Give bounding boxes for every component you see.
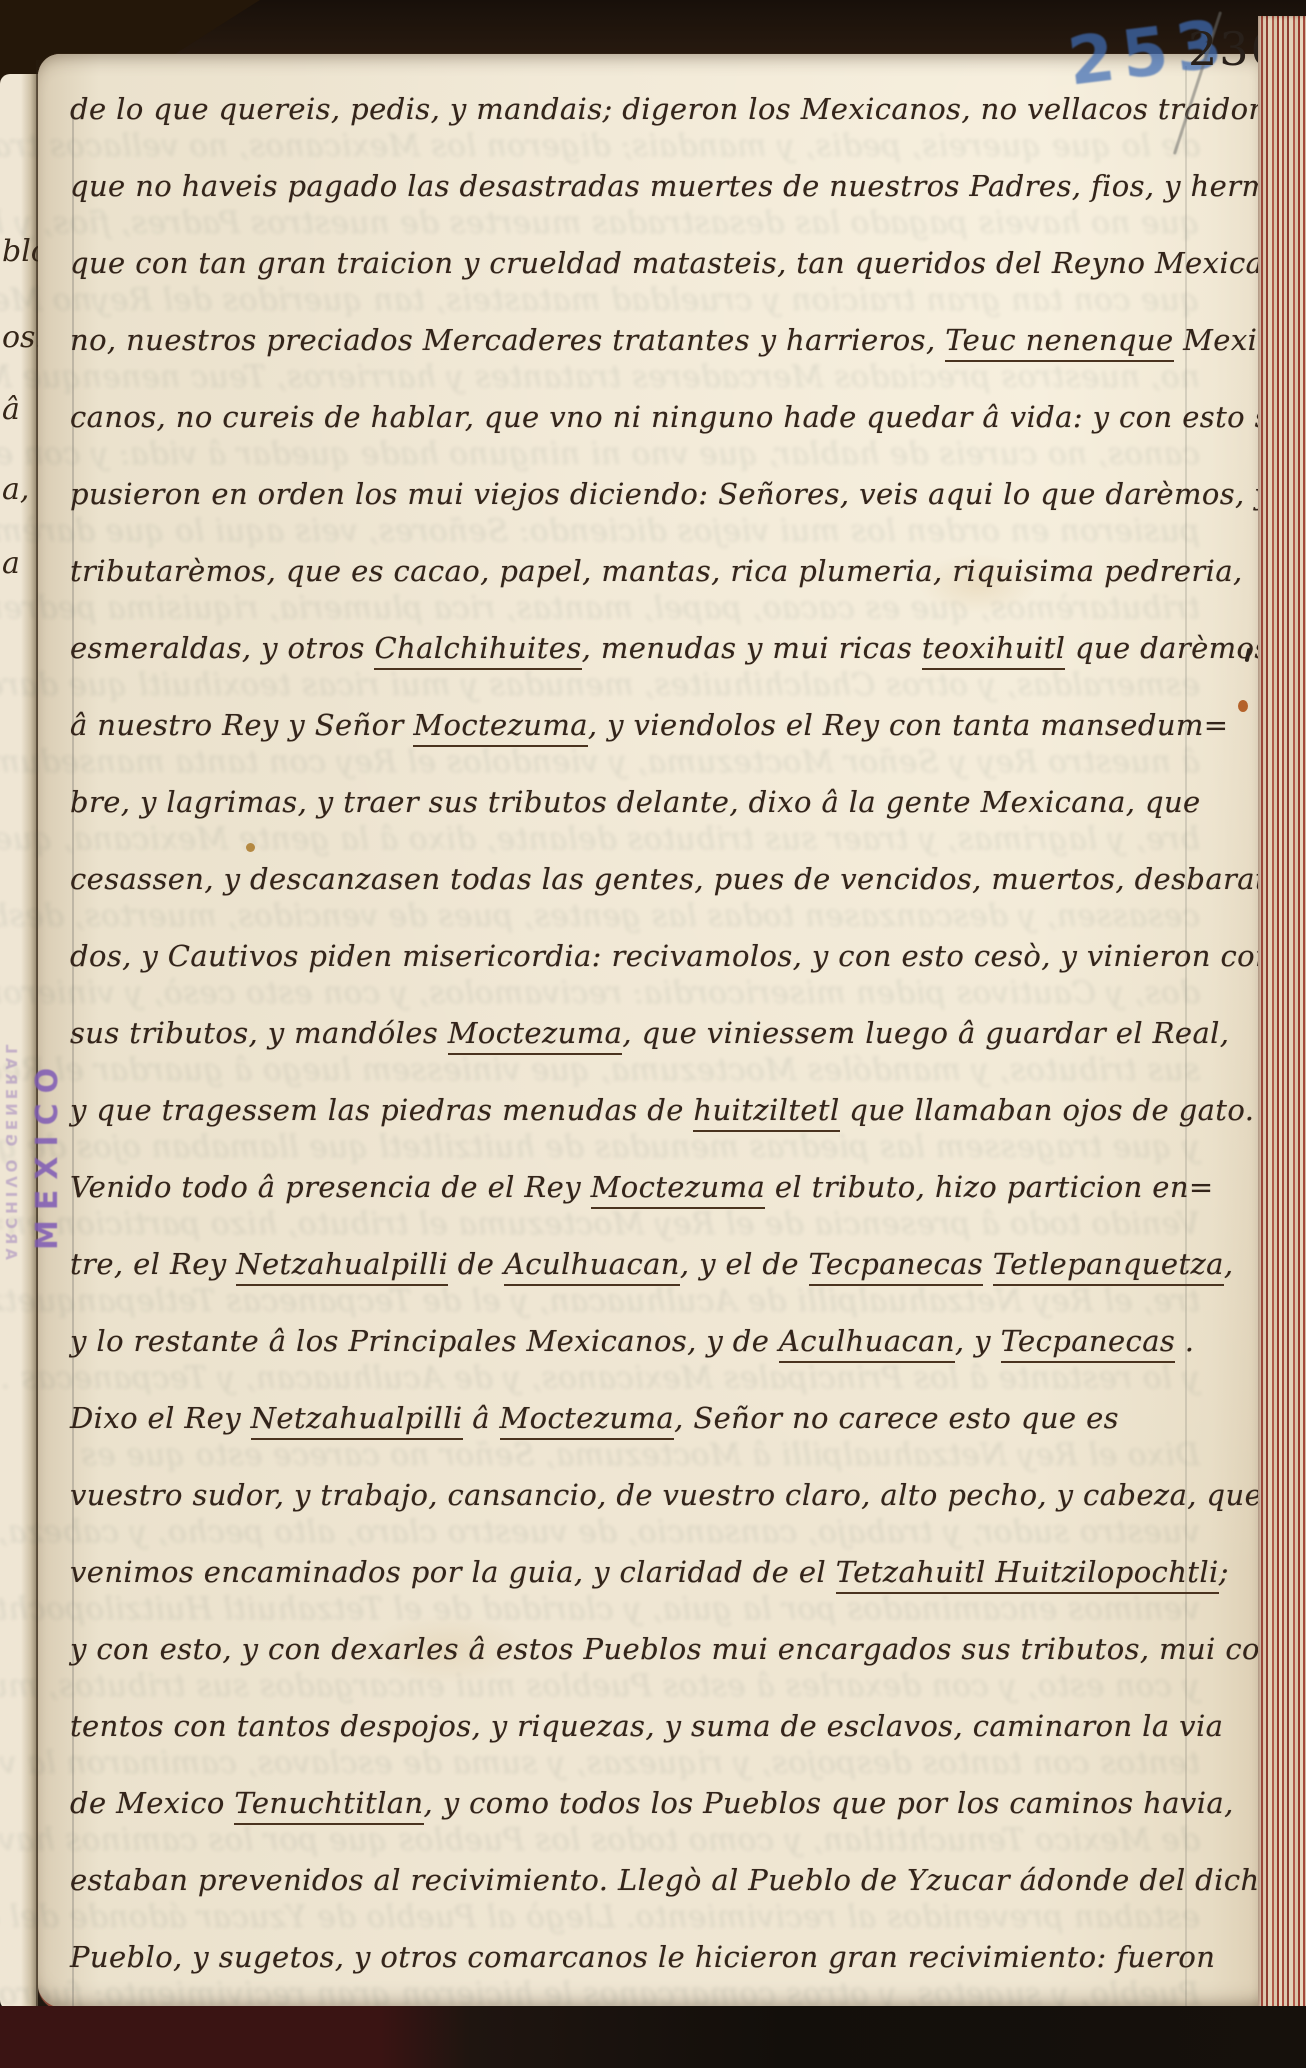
manuscript-line: que con tan gran traicion y crueldad mat…: [70, 246, 1288, 280]
line-text: [983, 1247, 993, 1281]
underlined-word: Teuc nenenque: [945, 323, 1173, 362]
line-text: el tributo, hizo particion en=: [765, 1170, 1213, 1204]
line-text: tentos con tantos despojos, y riquezas, …: [70, 1709, 1223, 1743]
underlined-word: Tecpanecas: [1001, 1324, 1176, 1363]
line-text: , y viendolos el Rey con tanta mansedum=: [588, 708, 1229, 742]
manuscript-line: vuestro sudor, y trabajo, cansancio, de …: [70, 1478, 1262, 1512]
archive-stamp: MEXICO: [30, 930, 65, 1250]
line-text: de: [448, 1247, 504, 1281]
underlined-word: Moctezuma: [500, 1401, 675, 1440]
manuscript-line: y con esto, y con dexarles â estos Puebl…: [70, 1632, 1304, 1666]
line-text: , y: [955, 1324, 1001, 1358]
ink-speck: [246, 843, 255, 852]
line-text: venimos encaminados por la guia, y clari…: [70, 1555, 836, 1589]
line-text: y lo restante â los Principales Mexicano…: [70, 1324, 779, 1358]
line-text: bre, y lagrimas, y traer sus tributos de…: [70, 785, 1201, 819]
manuscript-line: de Mexico Tenuchtitlan, y como todos los…: [70, 1786, 1234, 1820]
underlined-word: Moctezuma: [413, 708, 588, 747]
manuscript-line: esmeraldas, y otros Chalchihuites, menud…: [70, 631, 1270, 665]
line-text: vuestro sudor, y trabajo, cansancio, de …: [70, 1478, 1262, 1512]
line-text: .: [1175, 1324, 1194, 1358]
underlined-word: Aculhuacan: [779, 1324, 955, 1363]
line-text: de lo que quereis, pedis, y mandais; dig…: [70, 92, 1305, 126]
line-text: â: [463, 1401, 500, 1435]
line-text: que con tan gran traicion y crueldad mat…: [70, 246, 1288, 280]
line-text: esmeraldas, y otros: [70, 631, 374, 665]
line-text: canos, no cureis de hablar, que vno ni n…: [70, 400, 1287, 434]
manuscript-line: Venido todo â presencia de el Rey Moctez…: [70, 1170, 1214, 1204]
line-text: no, nuestros preciados Mercaderes tratan…: [70, 323, 945, 357]
line-text: ;: [1219, 1555, 1229, 1589]
line-text: cesassen, y descanzasen todas las gentes…: [70, 862, 1306, 896]
line-text: estaban prevenidos al recivimiento. Lleg…: [70, 1863, 1277, 1897]
line-text: de Mexico: [70, 1786, 234, 1820]
line-text: y con esto, y con dexarles â estos Puebl…: [70, 1632, 1304, 1666]
line-text: tre, el Rey: [70, 1247, 236, 1281]
manuscript-line: bre, y lagrimas, y traer sus tributos de…: [70, 785, 1201, 819]
underlined-word: Tecpanecas: [809, 1247, 984, 1286]
manuscript-line: no, nuestros preciados Mercaderes tratan…: [70, 323, 1282, 357]
line-text: , menudas y mui ricas: [582, 631, 922, 665]
rust-speck: [1238, 700, 1248, 712]
manuscript-line: Pueblo, y sugetos, y otros comarcanos le…: [70, 1940, 1215, 1974]
underlined-word: Tetzahuitl Huitzilopochtli: [836, 1555, 1219, 1594]
underlined-word: Moctezuma: [448, 1016, 623, 1055]
manuscript-line: tre, el Rey Netzahualpilli de Aculhuacan…: [70, 1247, 1234, 1281]
manuscript-line: venimos encaminados por la guia, y clari…: [70, 1555, 1229, 1589]
facing-page-text-fragment: a: [2, 546, 20, 581]
manuscript-line: tentos con tantos despojos, y riquezas, …: [70, 1709, 1223, 1743]
facing-page-text-fragment: â: [2, 392, 20, 427]
manuscript-line: Dixo el Rey Netzahualpilli â Moctezuma, …: [70, 1401, 1119, 1435]
line-text: ,: [1224, 1247, 1234, 1281]
line-text: â nuestro Rey y Señor: [70, 708, 413, 742]
archive-stamp-secondary: ARCHIVO GENERAL: [2, 900, 20, 1260]
manuscript-line: â nuestro Rey y Señor Moctezuma, y viend…: [70, 708, 1229, 742]
manuscript-line: y que tragessem las piedras menudas de h…: [70, 1093, 1254, 1127]
underlined-word: Netzahualpilli: [236, 1247, 448, 1286]
underlined-word: Moctezuma: [591, 1170, 766, 1209]
line-text: , y el de: [680, 1247, 809, 1281]
photo-background-bottom: [0, 2006, 1306, 2068]
line-text: tributarèmos, que es cacao, papel, manta…: [70, 554, 1243, 588]
line-text: y que tragessem las piedras menudas de: [70, 1093, 693, 1127]
manuscript-line: de lo que quereis, pedis, y mandais; dig…: [70, 92, 1305, 126]
book-fore-edge: [1258, 16, 1306, 2012]
line-text: , Señor no carece esto que es: [674, 1401, 1119, 1435]
line-text: dos, y Cautivos piden misericordia: reci…: [70, 939, 1274, 973]
manuscript-line: que no haveis pagado las desastradas mue…: [70, 169, 1306, 203]
line-text: que llamaban ojos de gato.: [840, 1093, 1255, 1127]
line-text: pusieron en orden los mui viejos diciend…: [70, 477, 1271, 511]
underlined-word: Tenuchtitlan: [234, 1786, 423, 1825]
manuscript-line: estaban prevenidos al recivimiento. Lleg…: [70, 1863, 1277, 1897]
line-text: Pueblo, y sugetos, y otros comarcanos le…: [70, 1940, 1215, 1974]
line-text: , que viniessem luego â guardar el Real,: [622, 1016, 1229, 1050]
underlined-word: teoxihuitl: [922, 631, 1065, 670]
line-text: Dixo el Rey: [70, 1401, 251, 1435]
underlined-word: Tetlepanquetza: [993, 1247, 1224, 1286]
line-text: que darèmos: [1065, 631, 1269, 665]
manuscript-line: cesassen, y descanzasen todas las gentes…: [70, 862, 1306, 896]
line-text: sus tributos, y mandóles: [70, 1016, 448, 1050]
manuscript-line: tributarèmos, que es cacao, papel, manta…: [70, 554, 1243, 588]
underlined-word: Netzahualpilli: [251, 1401, 463, 1440]
manuscript-line: y lo restante â los Principales Mexicano…: [70, 1324, 1194, 1358]
underlined-word: huitziltetl: [693, 1093, 839, 1132]
facing-page-text-fragment: a,: [2, 472, 29, 507]
manuscript-line: dos, y Cautivos piden misericordia: reci…: [70, 939, 1274, 973]
manuscript-line: canos, no cureis de hablar, que vno ni n…: [70, 400, 1287, 434]
underlined-word: Chalchihuites: [374, 631, 581, 670]
line-text: que no haveis pagado las desastradas mue…: [70, 169, 1306, 203]
manuscript-line: pusieron en orden los mui viejos diciend…: [70, 477, 1271, 511]
line-text: Venido todo â presencia de el Rey: [70, 1170, 591, 1204]
underlined-word: Aculhuacan: [504, 1247, 680, 1286]
manuscript-line: sus tributos, y mandóles Moctezuma, que …: [70, 1016, 1229, 1050]
line-text: , y como todos los Pueblos que por los c…: [424, 1786, 1234, 1820]
